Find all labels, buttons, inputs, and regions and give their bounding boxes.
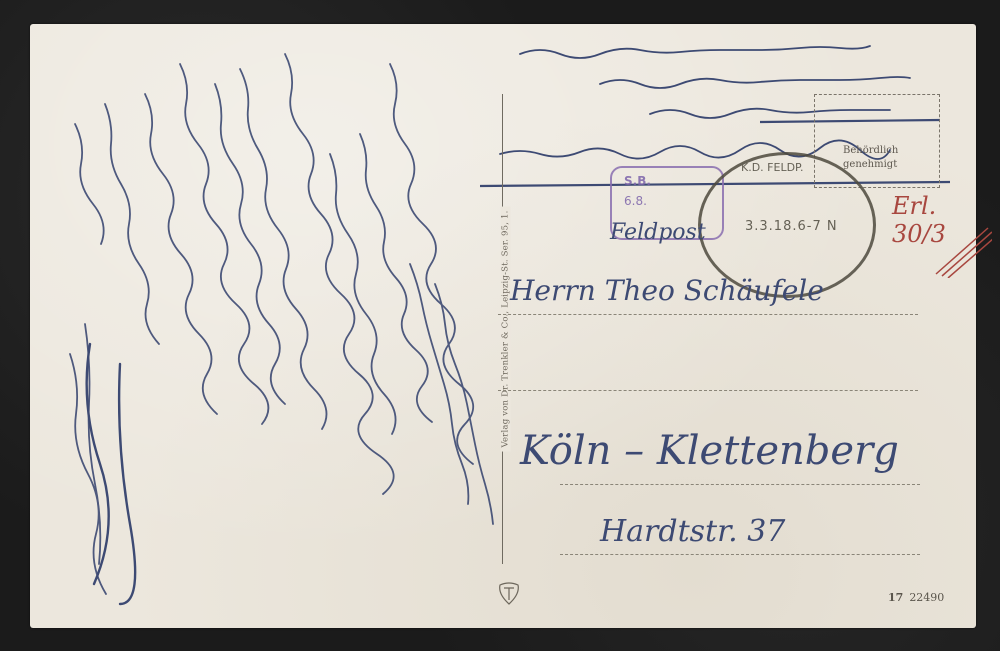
address-line-2 [498,390,918,391]
postcard: Verlag von Dr. Trenkler & Co., Leipzig-S… [30,24,976,628]
recipient-street: Hardtstr. 37 [600,514,785,549]
serial-number: 1722490 [888,591,944,604]
publisher-imprint-text: Verlag von Dr. Trenkler & Co., Leipzig-S… [501,206,511,451]
publisher-logo-icon [496,580,522,606]
approval-text-line2: genehmigt [843,159,897,170]
serial-series: 17 [888,591,903,604]
publisher-imprint: Verlag von Dr. Trenkler & Co., Leipzig-S… [498,94,514,564]
red-annotation: Erl. 30/3 [892,192,976,248]
address-line-3 [560,484,920,485]
recipient-name: Herrn Theo Schäufele [510,274,824,307]
censor-stamp-mid: 6.8. [624,194,647,208]
postmark-top-text: K.D. FELDP. [741,161,803,174]
feldpost-handwritten: Feldpost [610,220,706,245]
approval-text-line1: Behördlich [843,145,898,156]
address-line-1 [498,314,918,315]
censor-stamp-top: S.B. [624,174,651,188]
address-line-4 [560,554,920,555]
recipient-city: Köln – Klettenberg [520,428,899,474]
postmark-date: 3.3.18.6-7 N [745,219,838,234]
serial-number-value: 22490 [909,591,944,604]
red-strike-lines [932,218,992,278]
